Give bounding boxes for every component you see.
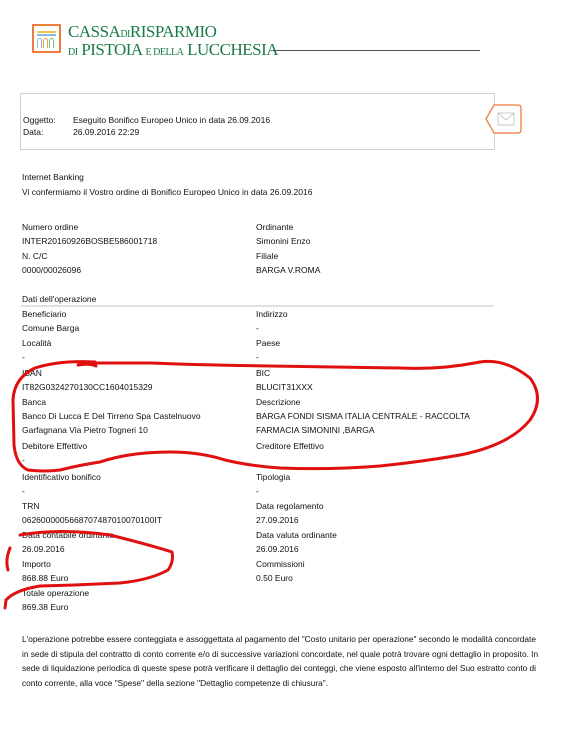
confirmation-text: Vi confermiamo il Vostro ordine di Bonif… [22,187,312,197]
orderer-value: Simonini Enzo [256,236,310,246]
account-value: 0000/00026096 [22,265,81,275]
footer-note: L'operazione potrebbe essere conteggiata… [22,632,540,690]
data-valuta-ordinante-value: 26.09.2016 [256,544,299,554]
localit-label: Località [22,338,51,348]
descrizione-value: BARGA FONDI SISMA ITALIA CENTRALE - RACC… [256,411,470,421]
totale-operazione-label: Totale operazione [22,588,89,598]
bic-label: BIC [256,368,270,378]
debitore-effettivo-label: Debitore Effettivo [22,441,87,451]
envelope-icon [485,104,522,134]
identificativo-bonifico-label: Identificativo bonifico [22,472,101,482]
commissioni-value: 0.50 Euro [256,573,293,583]
account-label: N. C/C [22,251,48,261]
envelope-button[interactable] [485,104,522,134]
banca-value: Garfagnana Via Pietro Togneri 10 [22,425,148,435]
indirizzo-label: Indirizzo [256,309,288,319]
channel-label: Internet Banking [22,172,84,182]
importo-value: 868.88 Euro [22,573,68,583]
data-regolamento-label: Data regolamento [256,501,324,511]
localit-value: - [22,352,25,362]
commissioni-label: Commissioni [256,559,305,569]
orderer-label: Ordinante [256,222,293,232]
bank-logo-icon [32,24,61,53]
order-number-label: Numero ordine [22,222,78,232]
branch-value: BARGA V.ROMA [256,265,320,275]
paese-value: - [256,352,259,362]
message-header-box: Oggetto: Eseguito Bonifico Europeo Unico… [20,93,495,150]
beneficiario-value: Comune Barga [22,323,79,333]
tipologia-label: Tipologia [256,472,290,482]
creditore-effettivo-label: Creditore Effettivo [256,441,324,451]
data-contabile-ordinante-value: 26.09.2016 [22,544,65,554]
section-separator [21,305,494,307]
indirizzo-value: - [256,323,259,333]
data-valuta-ordinante-label: Data valuta ordinante [256,530,337,540]
data-regolamento-value: 27.09.2016 [256,515,299,525]
descrizione-value: FARMACIA SIMONINI ,BARGA [256,425,375,435]
descrizione-label: Descrizione [256,397,300,407]
data-contabile-ordinante-label: Data contabile ordinante [22,530,114,540]
subject-value: Eseguito Bonifico Europeo Unico in data … [73,115,270,125]
iban-value: IT82G0324270130CC1604015329 [22,382,152,392]
trn-value: 0626000005668707487010070100IT [22,515,162,525]
header-rule [273,50,480,51]
paese-label: Paese [256,338,280,348]
trn-label: TRN [22,501,39,511]
importo-label: Importo [22,559,51,569]
iban-label: IBAN [22,368,42,378]
bank-name: CASSADIRISPARMIO DI PISTOIA E DELLA LUCC… [68,24,278,60]
date-label: Data: [23,127,73,137]
banca-value: Banco Di Lucca E Del Tirreno Spa Casteln… [22,411,201,421]
identificativo-bonifico-value: - [22,486,25,496]
bic-value: BLUCIT31XXX [256,382,313,392]
order-number-value: INTER20160926BOSBE586001718 [22,236,157,246]
section-title-operation: Dati dell'operazione [22,294,96,304]
branch-label: Filiale [256,251,278,261]
totale-operazione-value: 869.38 Euro [22,602,68,612]
subject-label: Oggetto: [23,115,73,125]
tipologia-value: - [256,486,259,496]
debitore-effettivo-value: - [22,455,25,465]
date-value: 26.09.2016 22:29 [73,127,139,137]
beneficiario-label: Beneficiario [22,309,66,319]
banca-label: Banca [22,397,46,407]
